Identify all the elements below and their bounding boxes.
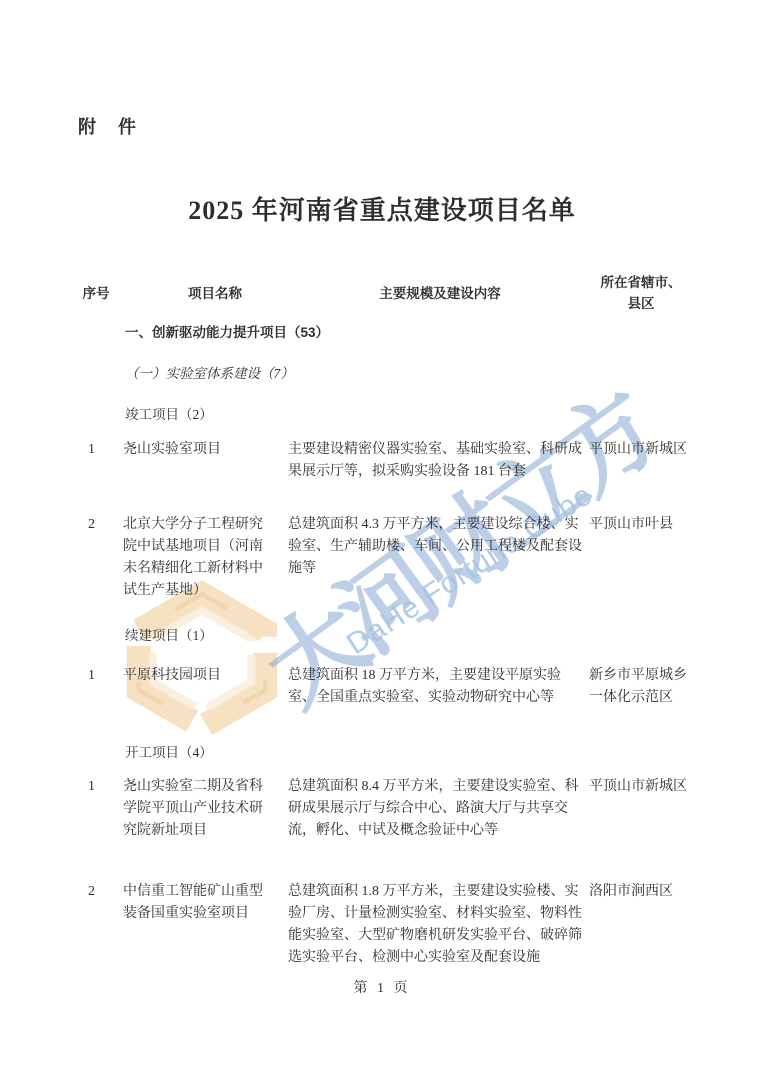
project-name: 平原科技园项目: [123, 665, 273, 687]
hexagon-cube-icon: [112, 578, 292, 743]
row-number: 1: [88, 665, 110, 687]
project-region: 平顶山市新城区: [589, 776, 689, 798]
row-number: 1: [88, 776, 110, 798]
project-region: 新乡市平原城乡一体化示范区: [589, 665, 689, 709]
project-content: 总建筑面积 1.8 万平方米，主要建设实验楼、实验厂房、计量检测实验室、材料实验…: [288, 881, 582, 969]
group-label-continued: 续建项目（1）: [125, 624, 213, 644]
group-label-new-start: 开工项目（4）: [125, 741, 213, 761]
project-content: 总建筑面积 18 万平方米，主要建设平原实验室、全国重点实验室、实验动物研究中心…: [288, 665, 582, 709]
row-number: 2: [88, 881, 110, 903]
project-name: 尧山实验室项目: [123, 439, 273, 461]
subsection-heading: （一）实验室体系建设（7）: [125, 362, 294, 382]
dahe-cube-logo: [112, 578, 292, 748]
row-number: 2: [88, 514, 110, 536]
project-region: 平顶山市叶县: [589, 514, 689, 536]
section-heading: 一、创新驱动能力提升项目（53）: [125, 321, 329, 341]
page-title: 2025 年河南省重点建设项目名单: [0, 190, 764, 227]
attachment-label: 附 件: [78, 113, 138, 139]
row-number: 1: [88, 439, 110, 461]
document-page: 大河财立方 DaHe Fortune Cube 附 件 2025 年河南省重点建…: [0, 0, 764, 1080]
project-content: 总建筑面积 4.3 万平方米，主要建设综合楼、实验室、生产辅助楼、车间、公用工程…: [288, 514, 582, 580]
column-header-no: 序号: [76, 283, 116, 304]
column-header-content: 主要规模及建设内容: [355, 283, 525, 304]
project-name: 北京大学分子工程研究院中试基地项目（河南未名精细化工新材料中试生产基地）: [123, 514, 273, 602]
project-content: 总建筑面积 8.4 万平方米，主要建设实验室、科研成果展示厅与综合中心、路演大厅…: [288, 776, 582, 842]
project-content: 主要建设精密仪器实验室、基础实验室、科研成果展示厅等，拟采购实验设备 181 台…: [288, 439, 582, 483]
group-label-completed: 竣工项目（2）: [125, 403, 213, 423]
column-header-name: 项目名称: [150, 283, 280, 304]
column-header-region: 所在省辖市、县区: [597, 272, 685, 314]
project-name: 中信重工智能矿山重型装备国重实验室项目: [123, 881, 273, 925]
page-number: 第 1 页: [0, 977, 764, 997]
project-name: 尧山实验室二期及省科学院平顶山产业技术研究院新址项目: [123, 776, 273, 842]
project-region: 洛阳市涧西区: [589, 881, 689, 903]
project-region: 平顶山市新城区: [589, 439, 689, 461]
